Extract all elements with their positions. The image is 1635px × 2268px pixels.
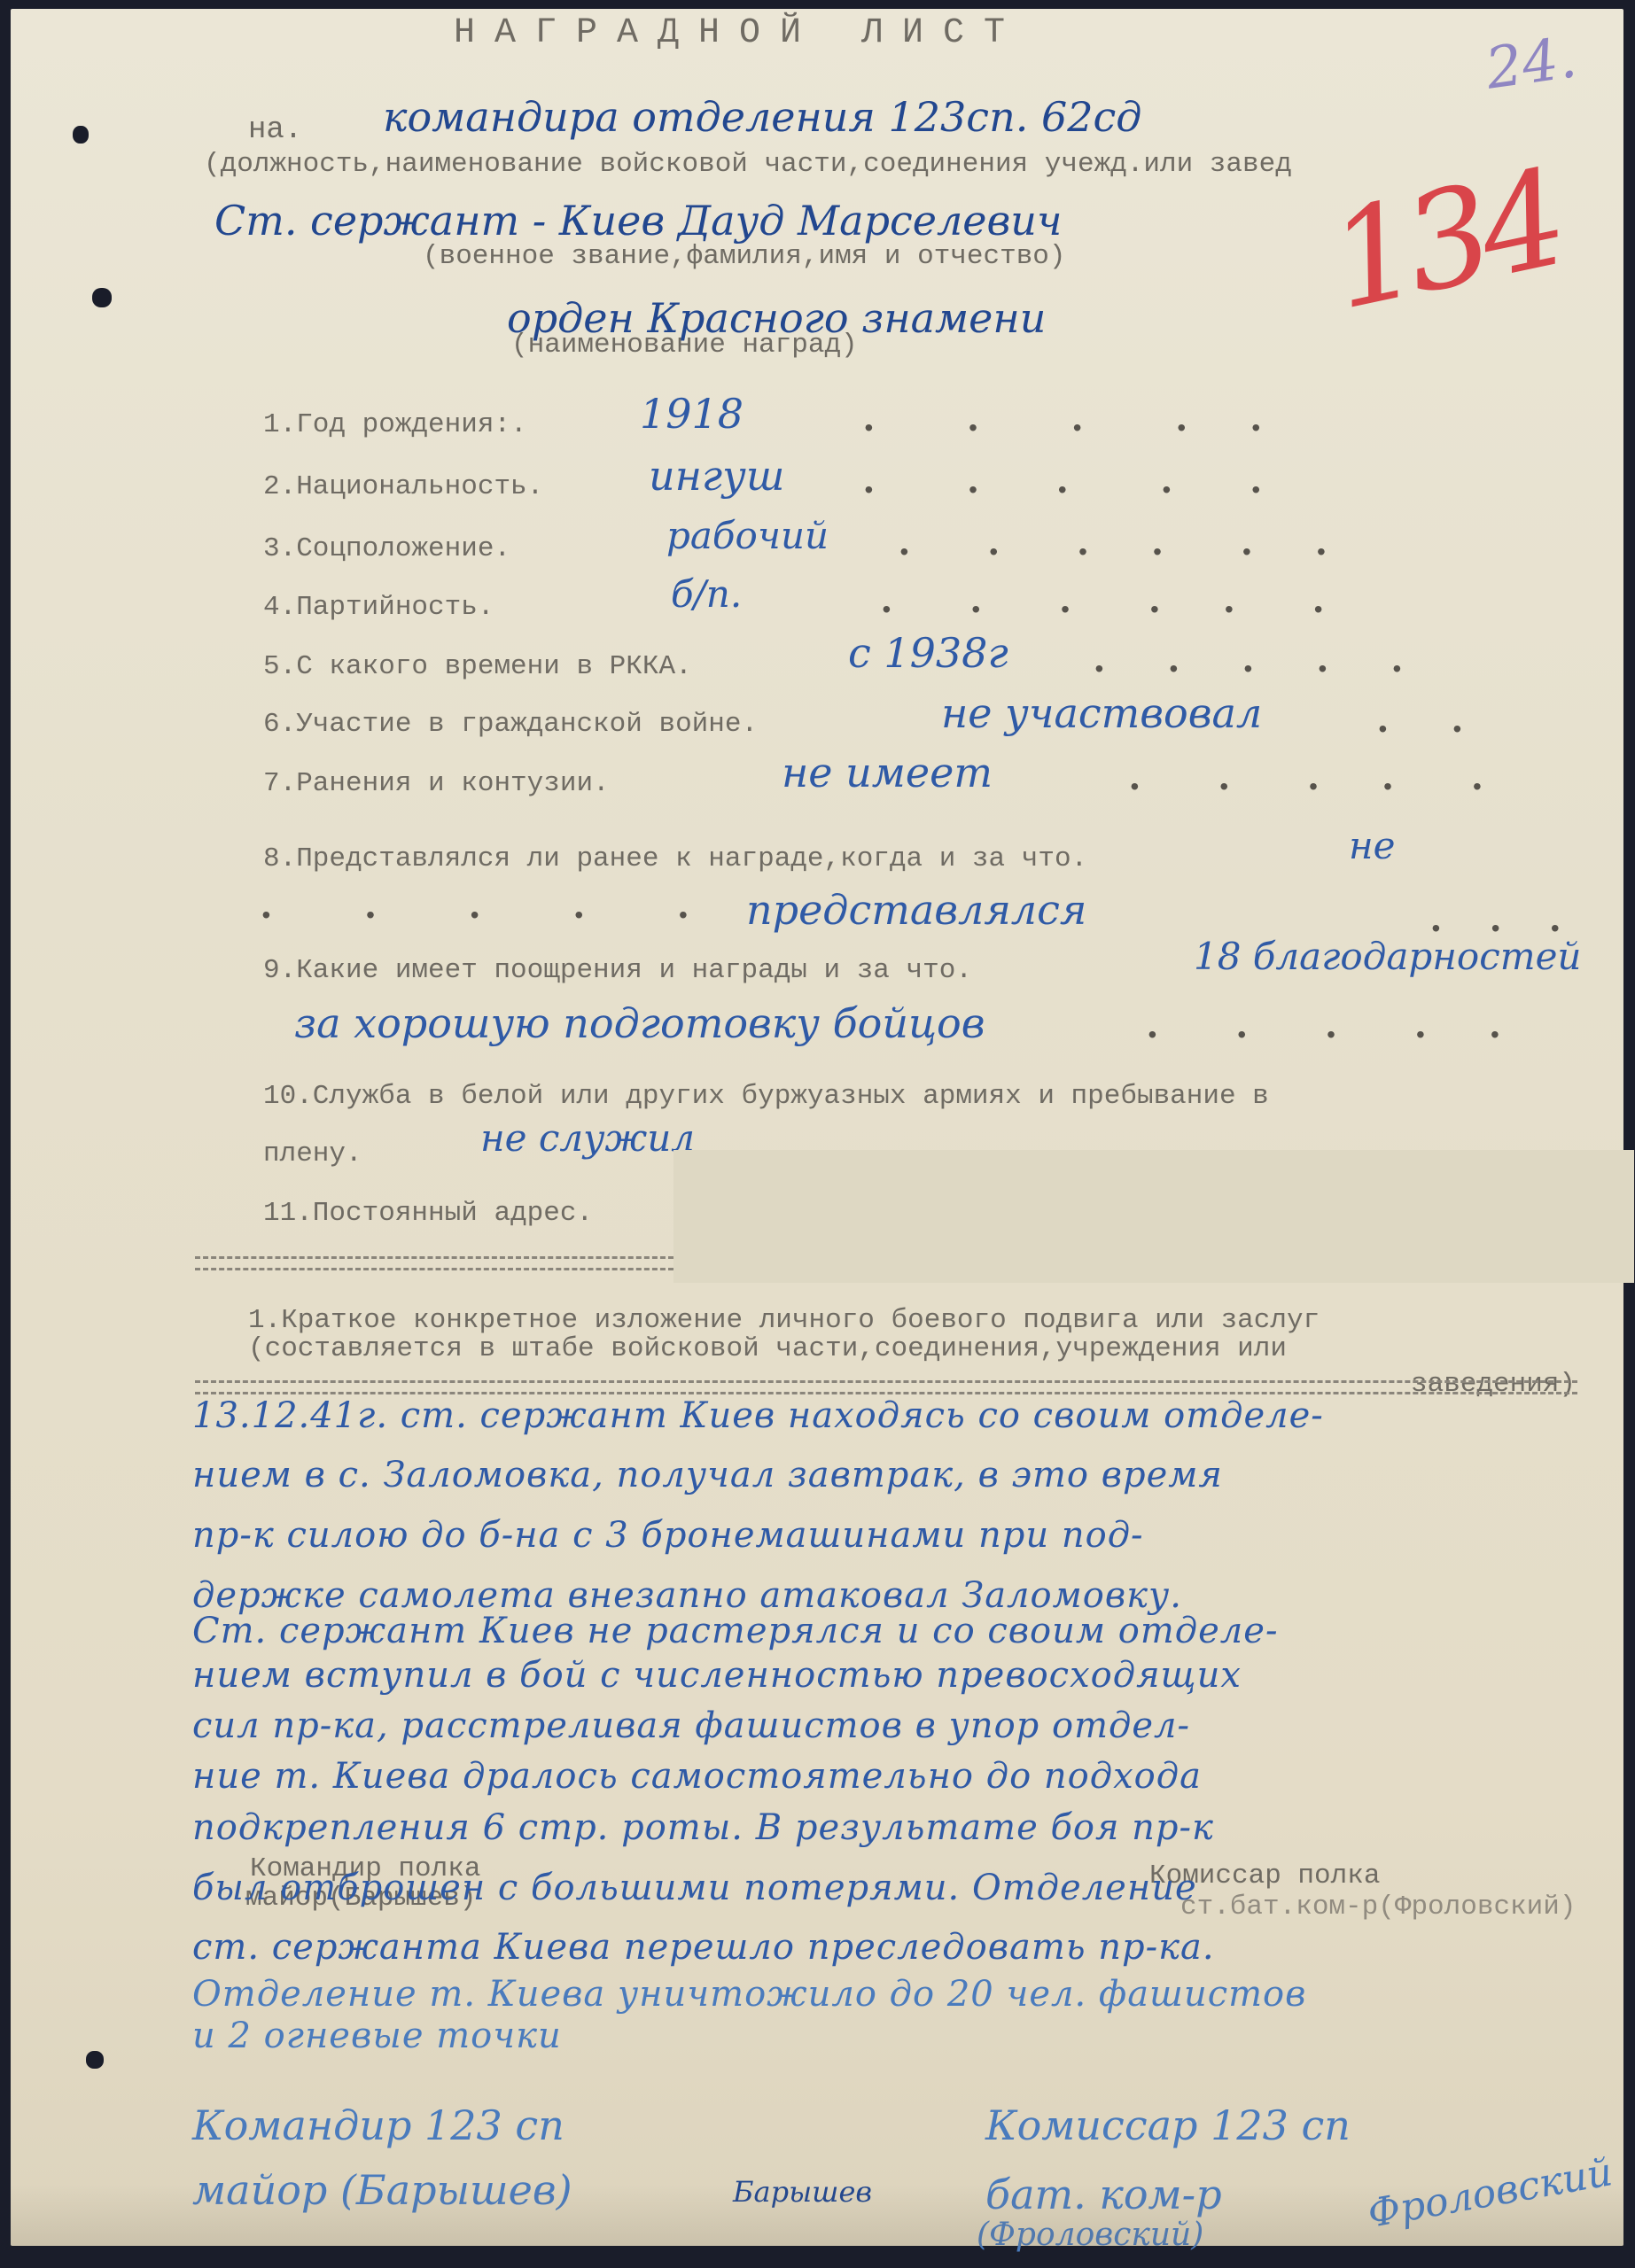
dot-leader: • • • • •	[1145, 1023, 1502, 1051]
dot-leader: • • • • •	[861, 478, 1264, 506]
narrative-line: нием в с. Заломовка, получал завтрак, в …	[192, 1455, 1223, 1495]
field-value-rkka-since: с 1938г	[848, 629, 1008, 677]
narrative-line: Отделение т. Киева уничтожило до 20 чел.…	[192, 1974, 1306, 2015]
dot-leader: • • • • •	[861, 416, 1264, 444]
field-value-civil-war: не участвовал	[941, 689, 1262, 737]
field-label-address: 11.Постоянный адрес.	[263, 1198, 593, 1229]
narrative-line: пр-к силою до б-на с 3 бронемашинами при…	[192, 1515, 1144, 1556]
dot-leader: • • • • •	[259, 904, 690, 931]
award-caption: (наименование наград)	[511, 330, 858, 361]
field-label-birth-year: 1.Год рождения:.	[263, 409, 527, 440]
commander-autograph: Барышев	[733, 2175, 872, 2209]
red-pencil-number: 134	[1318, 142, 1572, 339]
position-caption: (должность,наименование войсковой части,…	[204, 149, 1292, 180]
field-label-prior-award: 8.Представлялся ли ранее к награде,когда…	[263, 843, 1087, 874]
punch-hole	[86, 2051, 104, 2069]
field-value-commendations: 18 благодарностей	[1194, 935, 1581, 978]
narrative-line: ние т. Киева дралось самостоятельно до п…	[192, 1756, 1202, 1797]
field-label-social-status: 3.Соцположение.	[263, 533, 510, 564]
dot-leader: • • • • • •	[897, 540, 1328, 568]
na-label: на.	[248, 113, 302, 147]
field-value-party: б/п.	[671, 572, 742, 616]
position-value: командира отделения 123сп. 62сд	[383, 93, 1141, 141]
field-label-commendations: 9.Какие имеет поощрения и награды и за ч…	[263, 955, 972, 986]
award-sheet-page: НАГРАДНОЙ ЛИСТ 24. 134 на. командира отд…	[11, 9, 1623, 2246]
field-value-birth-year: 1918	[640, 390, 744, 438]
commissar-autograph: Фроловский	[1365, 2149, 1616, 2237]
name-caption: (военное звание,фамилия,имя и отчество)	[423, 241, 1066, 272]
section-divider	[195, 1380, 1577, 1394]
narrative-line: и 2 огневые точки	[192, 2016, 562, 2056]
commander-signature-name: майор (Барышев)	[192, 2166, 572, 2214]
dot-leader: • • • • •	[1127, 775, 1484, 803]
field-label-party: 4.Партийность.	[263, 592, 494, 623]
commander-signature-title: Командир 123 сп	[192, 2101, 564, 2149]
narrative-line: сил пр-ка, расстреливая фашистов в упор …	[192, 1705, 1190, 1746]
commissar-signature-title: Комиссар 123 сп	[985, 2101, 1351, 2149]
commissar-signature-rank: бат. ком-р	[985, 2171, 1222, 2218]
punch-hole	[73, 126, 89, 144]
narrative-line: нием вступил в бой с численностью превос…	[192, 1655, 1242, 1696]
dot-leader: • • • • •	[1092, 657, 1405, 685]
field-value-commendations-cont: за хорошую подготовку бойцов	[294, 999, 985, 1047]
commissar-signature-name: (Фроловский)	[977, 2217, 1203, 2253]
narrative-line: 13.12.41г. ст. сержант Киев находясь со …	[192, 1395, 1324, 1436]
dot-leader: • • • • • •	[879, 598, 1326, 625]
field-label-white-army-cont: плену.	[263, 1138, 362, 1169]
field-label-civil-war: 6.Участие в гражданской войне.	[263, 709, 758, 740]
field-value-prior-award-cont: представлялся	[746, 886, 1086, 934]
section-divider	[195, 1256, 673, 1270]
section-heading-line2: (составляется в штабе войсковой части,со…	[248, 1333, 1287, 1364]
field-value-nationality: ингуш	[649, 452, 784, 500]
punch-hole	[92, 288, 112, 307]
section-heading-line1: 1.Краткое конкретное изложение личного б…	[248, 1305, 1320, 1336]
dot-leader: • •	[1375, 718, 1465, 745]
document-title: НАГРАДНОЙ ЛИСТ	[454, 13, 1024, 53]
field-label-white-army: 10.Служба в белой или других буржуазных …	[263, 1081, 1269, 1112]
name-value: Ст. сержант - Киев Дауд Марселевич	[214, 197, 1063, 245]
narrative-line: подкрепления 6 стр. роты. В результате б…	[192, 1807, 1214, 1848]
field-label-wounds: 7.Ранения и контузии.	[263, 768, 610, 799]
narrative-line: Ст. сержант Киев не растерялся и со свои…	[192, 1611, 1278, 1651]
sheet-number-mark: 24.	[1482, 25, 1580, 102]
narrative-line: был отброшен с большими потерями. Отделе…	[192, 1868, 1197, 1908]
field-value-wounds: не имеет	[782, 749, 993, 796]
narrative-line: ст. сержанта Киева перешло преследовать …	[192, 1927, 1215, 1968]
field-label-nationality: 2.Национальность.	[263, 471, 543, 502]
typed-commissar-name: ст.бат.ком-р(Фроловский)	[1180, 1891, 1576, 1922]
field-value-white-army: не служил	[480, 1116, 695, 1160]
redacted-address-block	[673, 1150, 1634, 1283]
field-label-rkka-since: 5.С какого времени в РККА.	[263, 651, 692, 682]
field-value-social-status: рабочий	[666, 514, 829, 557]
field-value-prior-award: не	[1349, 824, 1396, 867]
